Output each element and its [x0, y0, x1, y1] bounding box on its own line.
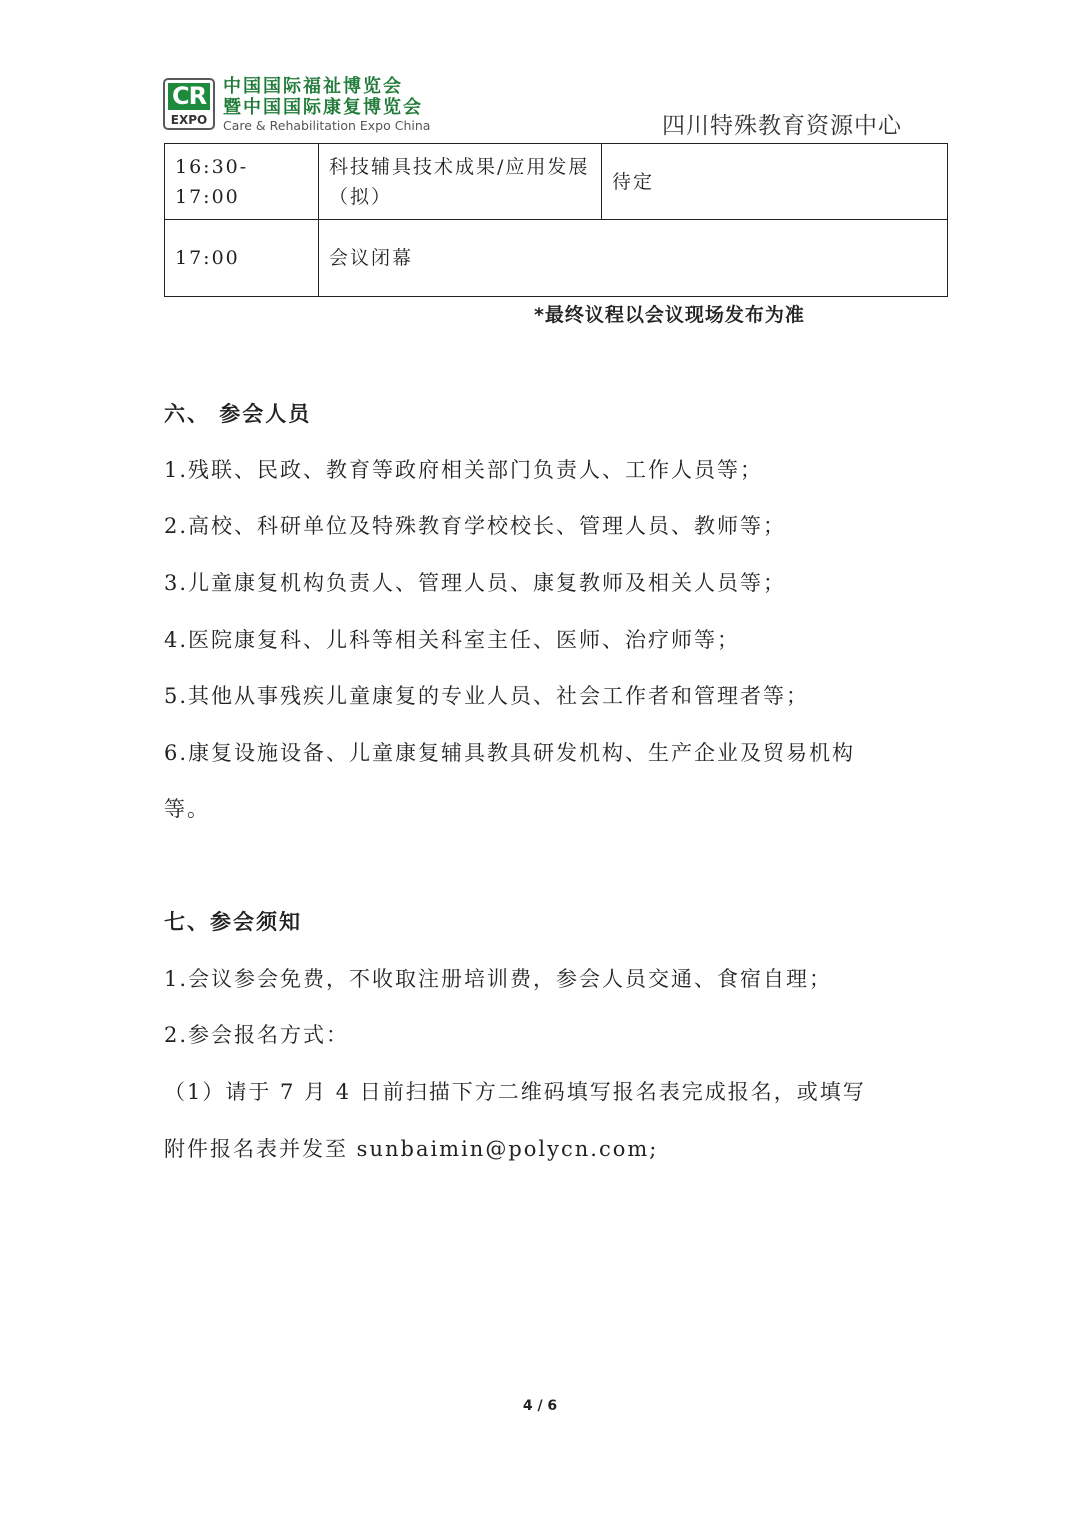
- list-item: 2.参会报名方式：: [164, 1021, 924, 1049]
- topic-cell: 科技辅具技术成果/应用发展（拟）: [319, 144, 602, 220]
- list-item: （1）请于 7 月 4 日前扫描下方二维码填写报名表完成报名，或填写: [164, 1078, 924, 1106]
- logo-mark-expo: EXPO: [165, 113, 213, 127]
- list-item: 5.其他从事残疾儿童康复的专业人员、社会工作者和管理者等；: [164, 682, 924, 710]
- list-item: 1.残联、民政、教育等政府相关部门负责人、工作人员等；: [164, 456, 924, 484]
- logo-mark-cr: CR: [168, 83, 210, 110]
- list-item: 1.会议参会免费，不收取注册培训费，参会人员交通、食宿自理；: [164, 965, 924, 993]
- section-6-title: 六、 参会人员: [164, 398, 311, 428]
- topic-cell: 会议闭幕: [319, 220, 948, 297]
- list-item: 3.儿童康复机构负责人、管理人员、康复教师及相关人员等；: [164, 569, 924, 597]
- list-item: 等。: [164, 795, 924, 823]
- page-number: 4 / 6: [0, 1398, 1080, 1414]
- logo-title-cn-2: 暨中国国际康复博览会: [223, 97, 430, 118]
- list-item: 4.医院康复科、儿科等相关科室主任、医师、治疗师等；: [164, 626, 924, 654]
- logo-title-en: Care & Rehabilitation Expo China: [223, 118, 430, 133]
- table-row: 16:30-17:00 科技辅具技术成果/应用发展（拟） 待定: [165, 144, 948, 220]
- agenda-table: 16:30-17:00 科技辅具技术成果/应用发展（拟） 待定 17:00 会议…: [164, 143, 948, 297]
- time-cell: 16:30-17:00: [165, 144, 319, 220]
- table-row: 17:00 会议闭幕: [165, 220, 948, 297]
- agenda-note: *最终议程以会议现场发布为准: [534, 300, 805, 327]
- cr-expo-logo: CR EXPO: [163, 78, 215, 130]
- list-item: 6.康复设施设备、儿童康复辅具教具研发机构、生产企业及贸易机构: [164, 739, 924, 767]
- speaker-cell: 待定: [602, 144, 948, 220]
- list-item-email: 附件报名表并发至 sunbaimin@polycn.com;: [164, 1135, 924, 1163]
- list-item: 2.高校、科研单位及特殊教育学校校长、管理人员、教师等；: [164, 512, 924, 540]
- organization-name: 四川特殊教育资源中心: [662, 107, 902, 140]
- section-7-title: 七、参会须知: [164, 906, 302, 936]
- logo-title-cn-1: 中国国际福祉博览会: [223, 76, 430, 97]
- logo-text: 中国国际福祉博览会 暨中国国际康复博览会 Care & Rehabilitati…: [223, 76, 430, 133]
- time-cell: 17:00: [165, 220, 319, 297]
